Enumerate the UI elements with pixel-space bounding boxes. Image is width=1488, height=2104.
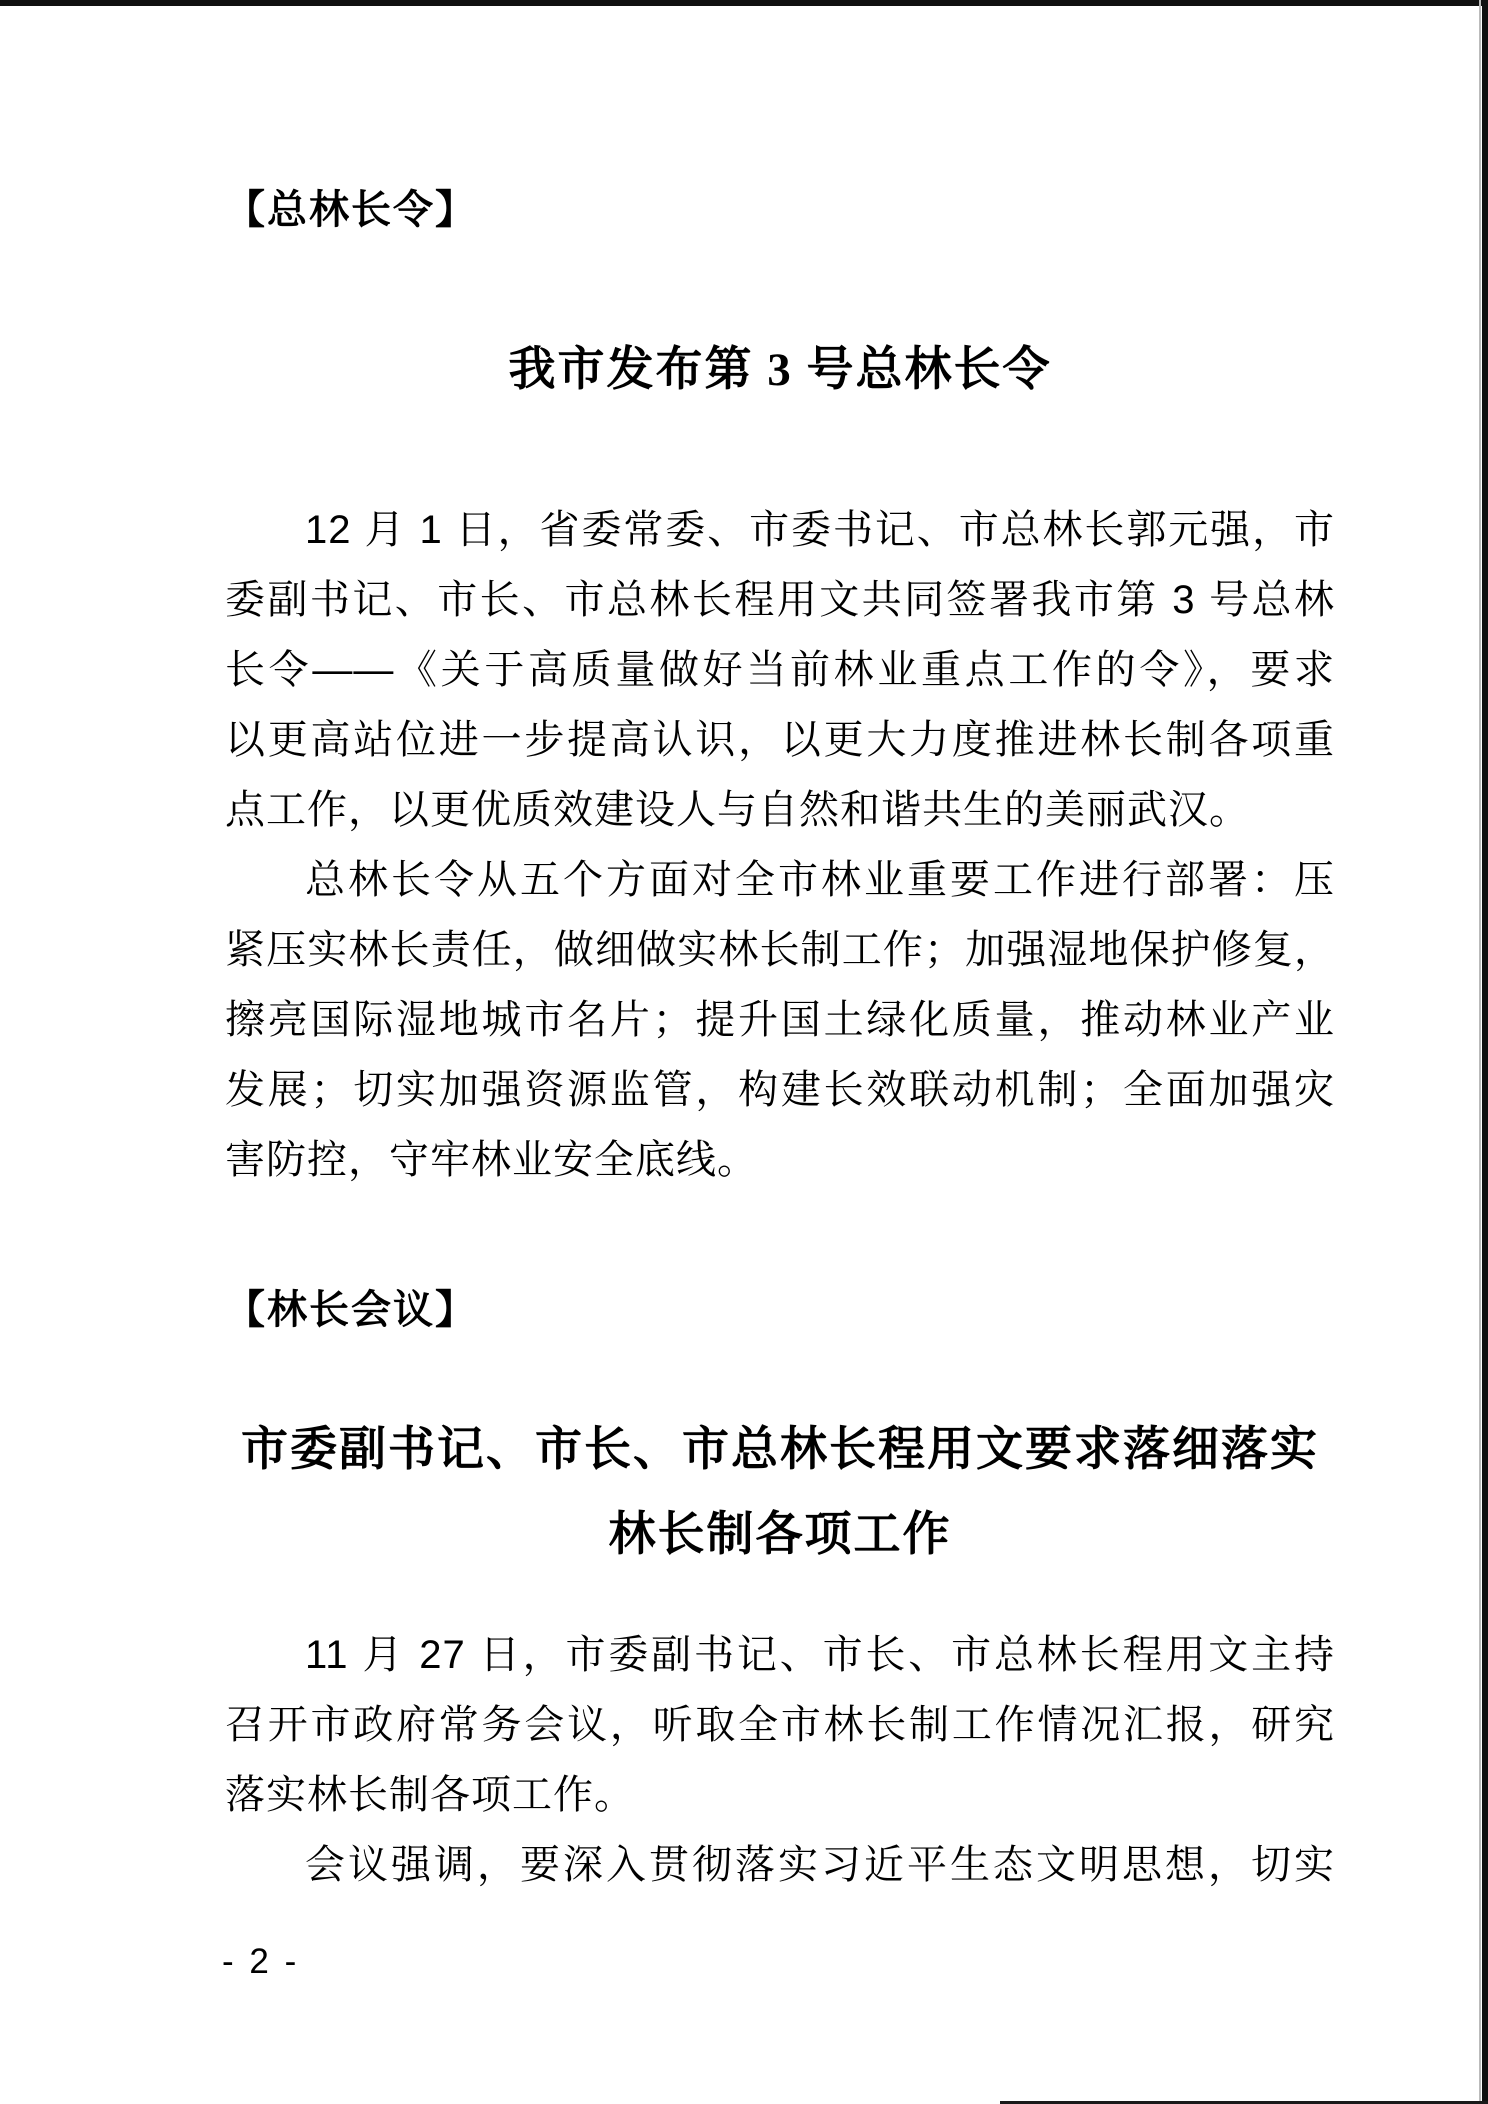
paragraph-order-signing: 12 月 1 日，省委常委、市委书记、市总林长郭元强，市 委副书记、市长、市总林…	[225, 495, 1335, 845]
body-line: 总林长令从五个方面对全市林业重要工作进行部署：压	[225, 845, 1335, 915]
body-line: 擦亮国际湿地城市名片；提升国土绿化质量，推动林业产业	[225, 985, 1335, 1055]
document-page: 【总林长令】 我市发布第 3 号总林长令 12 月 1 日，省委常委、市委书记、…	[0, 0, 1488, 2104]
body-line: 12 月 1 日，省委常委、市委书记、市总林长郭元强，市	[225, 495, 1335, 565]
body-line: 落实林长制各项工作。	[225, 1760, 1335, 1830]
section-header-forest-chief-meeting: 【林长会议】	[225, 1280, 1335, 1340]
scan-edge-right-line	[1479, 0, 1481, 2104]
scan-edge-right	[1482, 0, 1488, 2104]
body-line: 11 月 27 日，市委副书记、市长、市总林长程用文主持	[225, 1620, 1335, 1690]
paragraph-meeting-emphasis: 会议强调，要深入贯彻落实习近平生态文明思想，切实	[225, 1830, 1335, 1900]
paragraph-order-five-aspects: 总林长令从五个方面对全市林业重要工作进行部署：压 紧压实林长责任，做细做实林长制…	[225, 845, 1335, 1195]
paragraph-meeting-held: 11 月 27 日，市委副书记、市长、市总林长程用文主持 召开市政府常务会议，听…	[225, 1620, 1335, 1830]
document-content: 【总林长令】 我市发布第 3 号总林长令 12 月 1 日，省委常委、市委书记、…	[225, 0, 1335, 1900]
body-line: 以更高站位进一步提高认识，以更大力度推进林长制各项重	[225, 705, 1335, 775]
body-line: 点工作，以更优质效建设人与自然和谐共生的美丽武汉。	[225, 775, 1335, 845]
article-title-meeting: 市委副书记、市长、市总林长程用文要求落细落实 林长制各项工作	[225, 1408, 1335, 1578]
section-header-general-forest-chief-order: 【总林长令】	[225, 180, 1335, 240]
body-line: 害防控，守牢林业安全底线。	[225, 1125, 1335, 1195]
body-line: 召开市政府常务会议，听取全市林长制工作情况汇报，研究	[225, 1690, 1335, 1760]
page-number: - 2 -	[222, 1942, 299, 1982]
article-title-line: 林长制各项工作	[225, 1493, 1335, 1578]
body-line: 会议强调，要深入贯彻落实习近平生态文明思想，切实	[225, 1830, 1335, 1900]
body-line: 紧压实林长责任，做细做实林长制工作；加强湿地保护修复，	[225, 915, 1335, 985]
body-line: 发展；切实加强资源监管，构建长效联动机制；全面加强灾	[225, 1055, 1335, 1125]
body-line: 委副书记、市长、市总林长程用文共同签署我市第 3 号总林	[225, 565, 1335, 635]
body-line: 长令——《关于高质量做好当前林业重点工作的令》，要求	[225, 635, 1335, 705]
article-title-order-no3: 我市发布第 3 号总林长令	[225, 328, 1335, 413]
article-title-line: 我市发布第 3 号总林长令	[225, 328, 1335, 413]
article-title-line: 市委副书记、市长、市总林长程用文要求落细落实	[225, 1408, 1335, 1493]
